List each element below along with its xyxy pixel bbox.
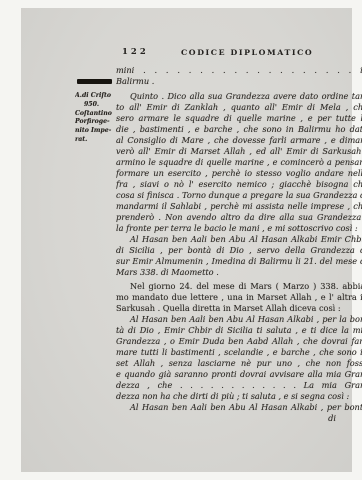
- text-line: sero armare le squadre di quelle marine …: [116, 113, 362, 124]
- text-line: di Sicilia , per bontà di Dio , servo de…: [116, 245, 362, 256]
- margin-note-line: Coſtantino: [75, 110, 115, 119]
- margin-note-line: A.di Criſto: [75, 92, 115, 101]
- text-line: mo mandato due lettere , una in Marset A…: [116, 292, 362, 303]
- text-line: tà di Dio , Emir Chbir di Sicilia ti sal…: [116, 325, 362, 336]
- margin-note: A.di Criſto950.CoſtantinoPorfiroge-nito …: [75, 92, 115, 145]
- text-line: die , bastimenti , e barche , che sono i…: [116, 124, 362, 135]
- text-line: Grandezza , o Emir Duda ben Aabd Allah ,…: [116, 336, 362, 347]
- text-line: dezza non ha che dirti di più ; ti salut…: [116, 391, 362, 402]
- text-line: Al Hasan ben Aali ben Abu Al Hasan Alkab…: [116, 234, 362, 245]
- text-block: mini . . . . . . . . . . . . . . . . . .…: [116, 65, 362, 424]
- text-line: Balirmu .: [116, 76, 362, 87]
- margin-note-line: nito Impe-: [75, 127, 115, 136]
- text-line: e quando già saranno pronti dovrai avvis…: [116, 369, 362, 380]
- margin-note-line: rat.: [75, 136, 115, 145]
- text-line: Sarkusah . Quella diretta in Marset Alla…: [116, 303, 362, 314]
- text-line: al Consiglio di Mare , che dovesse farli…: [116, 135, 362, 146]
- text-line: Mars 338. di Maometto .: [116, 267, 362, 278]
- running-title: CODICE DIPLOMATICO: [181, 48, 311, 57]
- page-number: 122: [122, 47, 149, 57]
- margin-note-line: 950.: [75, 101, 115, 110]
- scanned-page: 122 CODICE DIPLOMATICO A.di Criſto950.Co…: [21, 8, 352, 472]
- text-line: sur Emir Almumenin , Imedina di Balirmu …: [116, 256, 362, 267]
- margin-note-line: Porfiroge-: [75, 118, 115, 127]
- catchword: di: [116, 413, 362, 424]
- text-line: armino le squadre di quelle marine , e c…: [116, 157, 362, 168]
- text-line: Al Hasan ben Aali ben Abu Al Hasan Alkab…: [116, 402, 362, 413]
- text-line: mini . . . . . . . . . . . . . . . . . .…: [116, 65, 362, 76]
- text-line: la fronte per terra le bacio le mani , e…: [116, 223, 362, 234]
- text-line: formare un esercito , perchè io stesso v…: [116, 168, 362, 179]
- text-line: Nel giorno 24. del mese di Mars ( Marzo …: [116, 281, 362, 292]
- text-line: Al Hasan ben Aali ben Abu Al Hasan Alkab…: [116, 314, 362, 325]
- text-line: Quinto . Dico alla sua Grandezza avere d…: [116, 91, 362, 102]
- text-line: fra , siavi o nò l' esercito nemico ; gi…: [116, 179, 362, 190]
- text-line: mare tutti li bastimenti , scelandie , e…: [116, 347, 362, 358]
- text-line: to all' Emir di Zanklah , quanto all' Em…: [116, 102, 362, 113]
- text-line: verò all' Emir di Marset Allah , ed all'…: [116, 146, 362, 157]
- text-line: set Allah , senza lasciarne nè pur uno ,…: [116, 358, 362, 369]
- text-line: cosa si finisca . Torno dunque a pregare…: [116, 190, 362, 201]
- text-line: prenderò . Non avendo altro da dire alla…: [116, 212, 362, 223]
- text-line: mandarmi il Sahlabi , perchè mi assista …: [116, 201, 362, 212]
- text-line: dezza , che . . . . . . . . . . . . La m…: [116, 380, 362, 391]
- margin-ornament-bar: [77, 79, 112, 84]
